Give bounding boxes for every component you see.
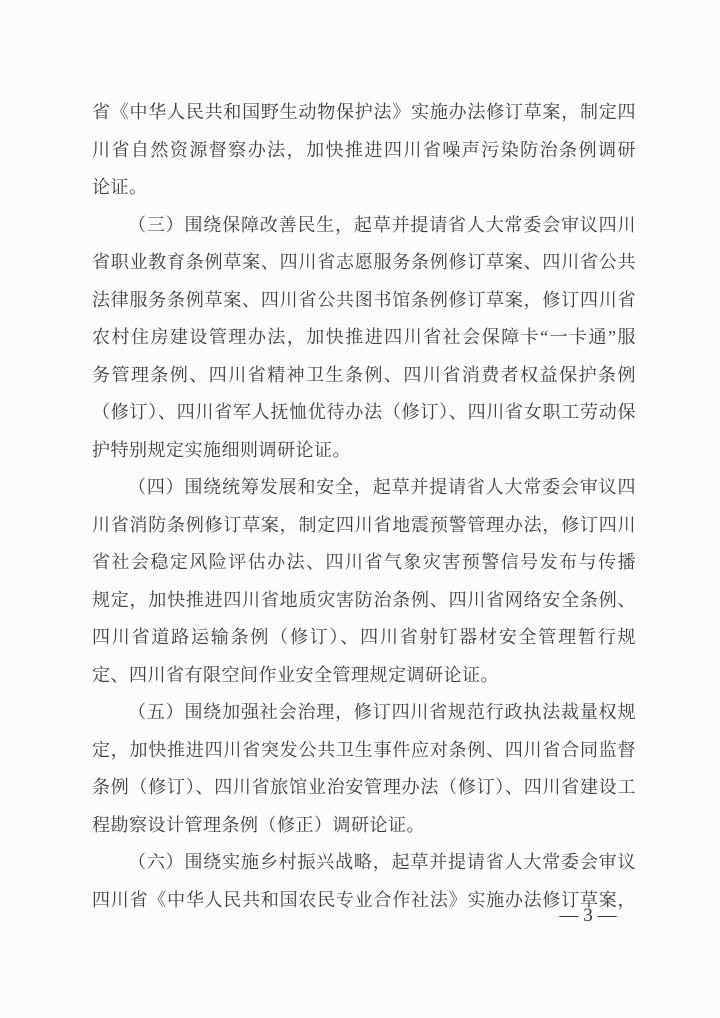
- paragraph-line: 护特别规定实施细则调研论证。: [92, 432, 636, 470]
- document-page: 省《中华人民共和国野生动物保护法》实施办法修订草案，制定四川省自然资源督察办法，…: [0, 0, 720, 1018]
- paragraph-line: 法律服务条例草案、四川省公共图书馆条例修订草案，修订四川省: [92, 282, 636, 320]
- paragraph-line: 务管理条例、四川省精神卫生条例、四川省消费者权益保护条例: [92, 357, 636, 395]
- paragraph-line: 川省自然资源督察办法，加快推进四川省噪声污染防治条例调研: [92, 132, 636, 170]
- paragraph-line: 规定，加快推进四川省地质灾害防治条例、四川省网络安全条例、: [92, 582, 636, 620]
- paragraph-line: （四）围绕统筹发展和安全，起草并提请省人大常委会审议四: [92, 469, 636, 507]
- page-number: — 3 —: [548, 905, 628, 927]
- paragraph-line: 定，加快推进四川省突发公共卫生事件应对条例、四川省合同监督: [92, 732, 636, 770]
- paragraph-line: （修订）、四川省军人抚恤优待办法（修订）、四川省女职工劳动保: [92, 394, 636, 432]
- paragraph-line: 四川省道路运输条例（修订）、四川省射钉器材安全管理暂行规: [92, 619, 636, 657]
- paragraph-line: 农村住房建设管理办法，加快推进四川省社会保障卡“一卡通”服: [92, 319, 636, 357]
- document-body: 省《中华人民共和国野生动物保护法》实施办法修订草案，制定四川省自然资源督察办法，…: [92, 94, 636, 919]
- paragraph-line: 定、四川省有限空间作业安全管理规定调研论证。: [92, 657, 636, 695]
- paragraph-line: 条例（修订）、四川省旅馆业治安管理办法（修订）、四川省建设工: [92, 769, 636, 807]
- paragraph-line: 论证。: [92, 169, 636, 207]
- paragraph-line: 川省消防条例修订草案，制定四川省地震预警管理办法，修订四川: [92, 507, 636, 545]
- paragraph-line: （六）围绕实施乡村振兴战略，起草并提请省人大常委会审议: [92, 844, 636, 882]
- paragraph-line: 程勘察设计管理条例（修正）调研论证。: [92, 807, 636, 845]
- paragraph-line: 省职业教育条例草案、四川省志愿服务条例修订草案、四川省公共: [92, 244, 636, 282]
- paragraph-line: 省社会稳定风险评估办法、四川省气象灾害预警信号发布与传播: [92, 544, 636, 582]
- paragraph-line: （三）围绕保障改善民生，起草并提请省人大常委会审议四川: [92, 207, 636, 245]
- paragraph-line: 省《中华人民共和国野生动物保护法》实施办法修订草案，制定四: [92, 94, 636, 132]
- paragraph-line: （五）围绕加强社会治理，修订四川省规范行政执法裁量权规: [92, 694, 636, 732]
